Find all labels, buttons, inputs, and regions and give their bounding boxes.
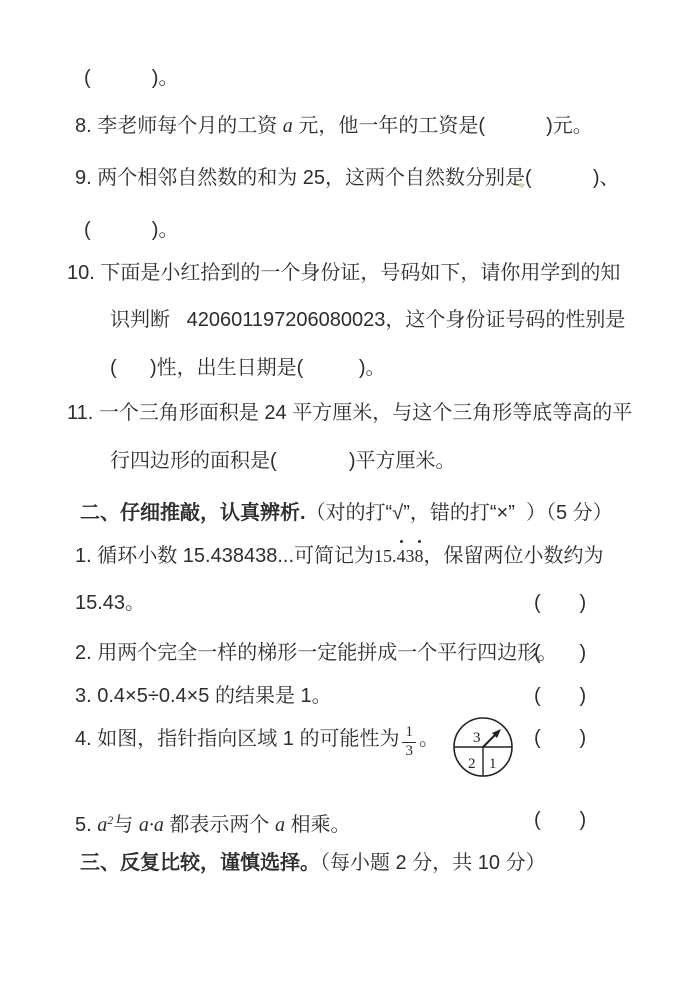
stray-mark [519,183,524,188]
s2q5-base-a: a [97,814,107,836]
q8-text-post: 元，他一年的工资是( )元。 [293,115,593,137]
s2q1-answer-blank: ( ) [534,590,586,617]
question-10-line3: ( )性，出生日期是( )。 [110,355,386,382]
s2q4-text-pre: 4. 如图，指针指向区域 1 的可能性为 [75,728,399,750]
section2-heading: 二、仔细推敲，认真辨析.（对的打“√”，错的打“×” ）（5 分） [80,500,613,527]
section3-heading: 三、反复比较，谨慎选择。（每小题 2 分，共 10 分） [80,850,546,877]
s2q3-answer-blank: ( ) [534,683,586,710]
s2-question-4: 4. 如图，指针指向区域 1 的可能性为13。 [75,725,439,760]
question-11-line2: 行四边形的面积是( )平方厘米。 [110,448,456,475]
s2q5-text-mid: 与 [113,814,139,836]
s2-question-1-line1: 1. 循环小数 15.438438...可简记为15.438，保留两位小数约为 [75,543,604,570]
s2q2-answer-blank: ( ) [534,640,586,667]
section2-heading-rest: （对的打“√”，错的打“×” ）（5 分） [306,502,613,524]
spinner-pointer-shaft [483,734,496,747]
s2q5-text-end: 相乘。 [285,814,351,836]
rep-prefix: 15. [374,546,397,566]
blank-continuation: ( )。 [84,65,178,92]
s2q5-answer-blank: ( ) [534,807,586,834]
spinner-region-2-label: 2 [468,756,476,772]
spinner-region-3-label: 3 [473,730,481,746]
q8-variable-a: a [283,115,293,137]
question-11-line1: 11. 一个三角形面积是 24 平方厘米，与这个三角形等底等高的平 [67,400,632,427]
fraction-numerator: 1 [402,725,416,743]
rep-digit-8: 8 [415,543,424,570]
question-10-line1: 10. 下面是小红拾到的一个身份证，号码如下，请你用学到的知 [67,260,620,287]
spinner-region-1-label: 1 [489,756,497,772]
s2q5-number: 5. [75,814,97,836]
spinner-diagram: 3 2 1 [452,716,514,778]
question-9-line1: 9. 两个相邻自然数的和为 25，这两个自然数分别是( )、 [75,165,619,192]
exam-page: ( )。 8. 李老师每个月的工资 a 元，他一年的工资是( )元。 9. 两个… [0,0,695,982]
question-10-line2: 识判断 420601197206080023，这个身份证号码的性别是 [110,307,625,334]
s2q4-answer-blank: ( ) [534,725,586,752]
s2q5-text-post: 都表示两个 [164,814,275,836]
fraction-one-third: 13 [402,725,416,760]
q10-id-number: 420601197206080023 [187,309,386,331]
repeating-decimal: 15.438 [374,546,424,566]
s2-question-1-line2: 15.43。 [75,590,145,617]
fraction-denominator: 3 [402,743,416,760]
s2q1-text-post: ，保留两位小数约为 [424,545,604,567]
s2-question-2: 2. 用两个完全一样的梯形一定能拼成一个平行四边形。 [75,640,557,667]
s2-question-5: 5. a2与 a·a 都表示两个 a 相乘。 [75,807,351,839]
s2q5-variable-a: a [275,814,285,836]
q10-label: 识判断 [110,309,187,331]
q8-text-pre: 8. 李老师每个月的工资 [75,115,283,137]
s2-question-3: 3. 0.4×5÷0.4×5 的结果是 1。 [75,683,332,710]
s2q4-text-post: 。 [419,728,439,750]
section3-heading-rest: （每小题 2 分，共 10 分） [320,852,546,874]
q10-text-post: ，这个身份证号码的性别是 [385,309,625,331]
s2q5-product-aa: a·a [139,814,164,836]
question-9-line2: ( )。 [84,217,178,244]
rep-digit-4: 4 [397,543,406,570]
question-8: 8. 李老师每个月的工资 a 元，他一年的工资是( )元。 [75,113,593,140]
section2-heading-bold: 二、仔细推敲，认真辨析. [80,502,306,524]
section3-heading-bold: 三、反复比较，谨慎选择。 [80,852,320,874]
rep-digit-3: 3 [406,546,415,566]
s2q1-text-pre: 1. 循环小数 15.438438...可简记为 [75,545,374,567]
